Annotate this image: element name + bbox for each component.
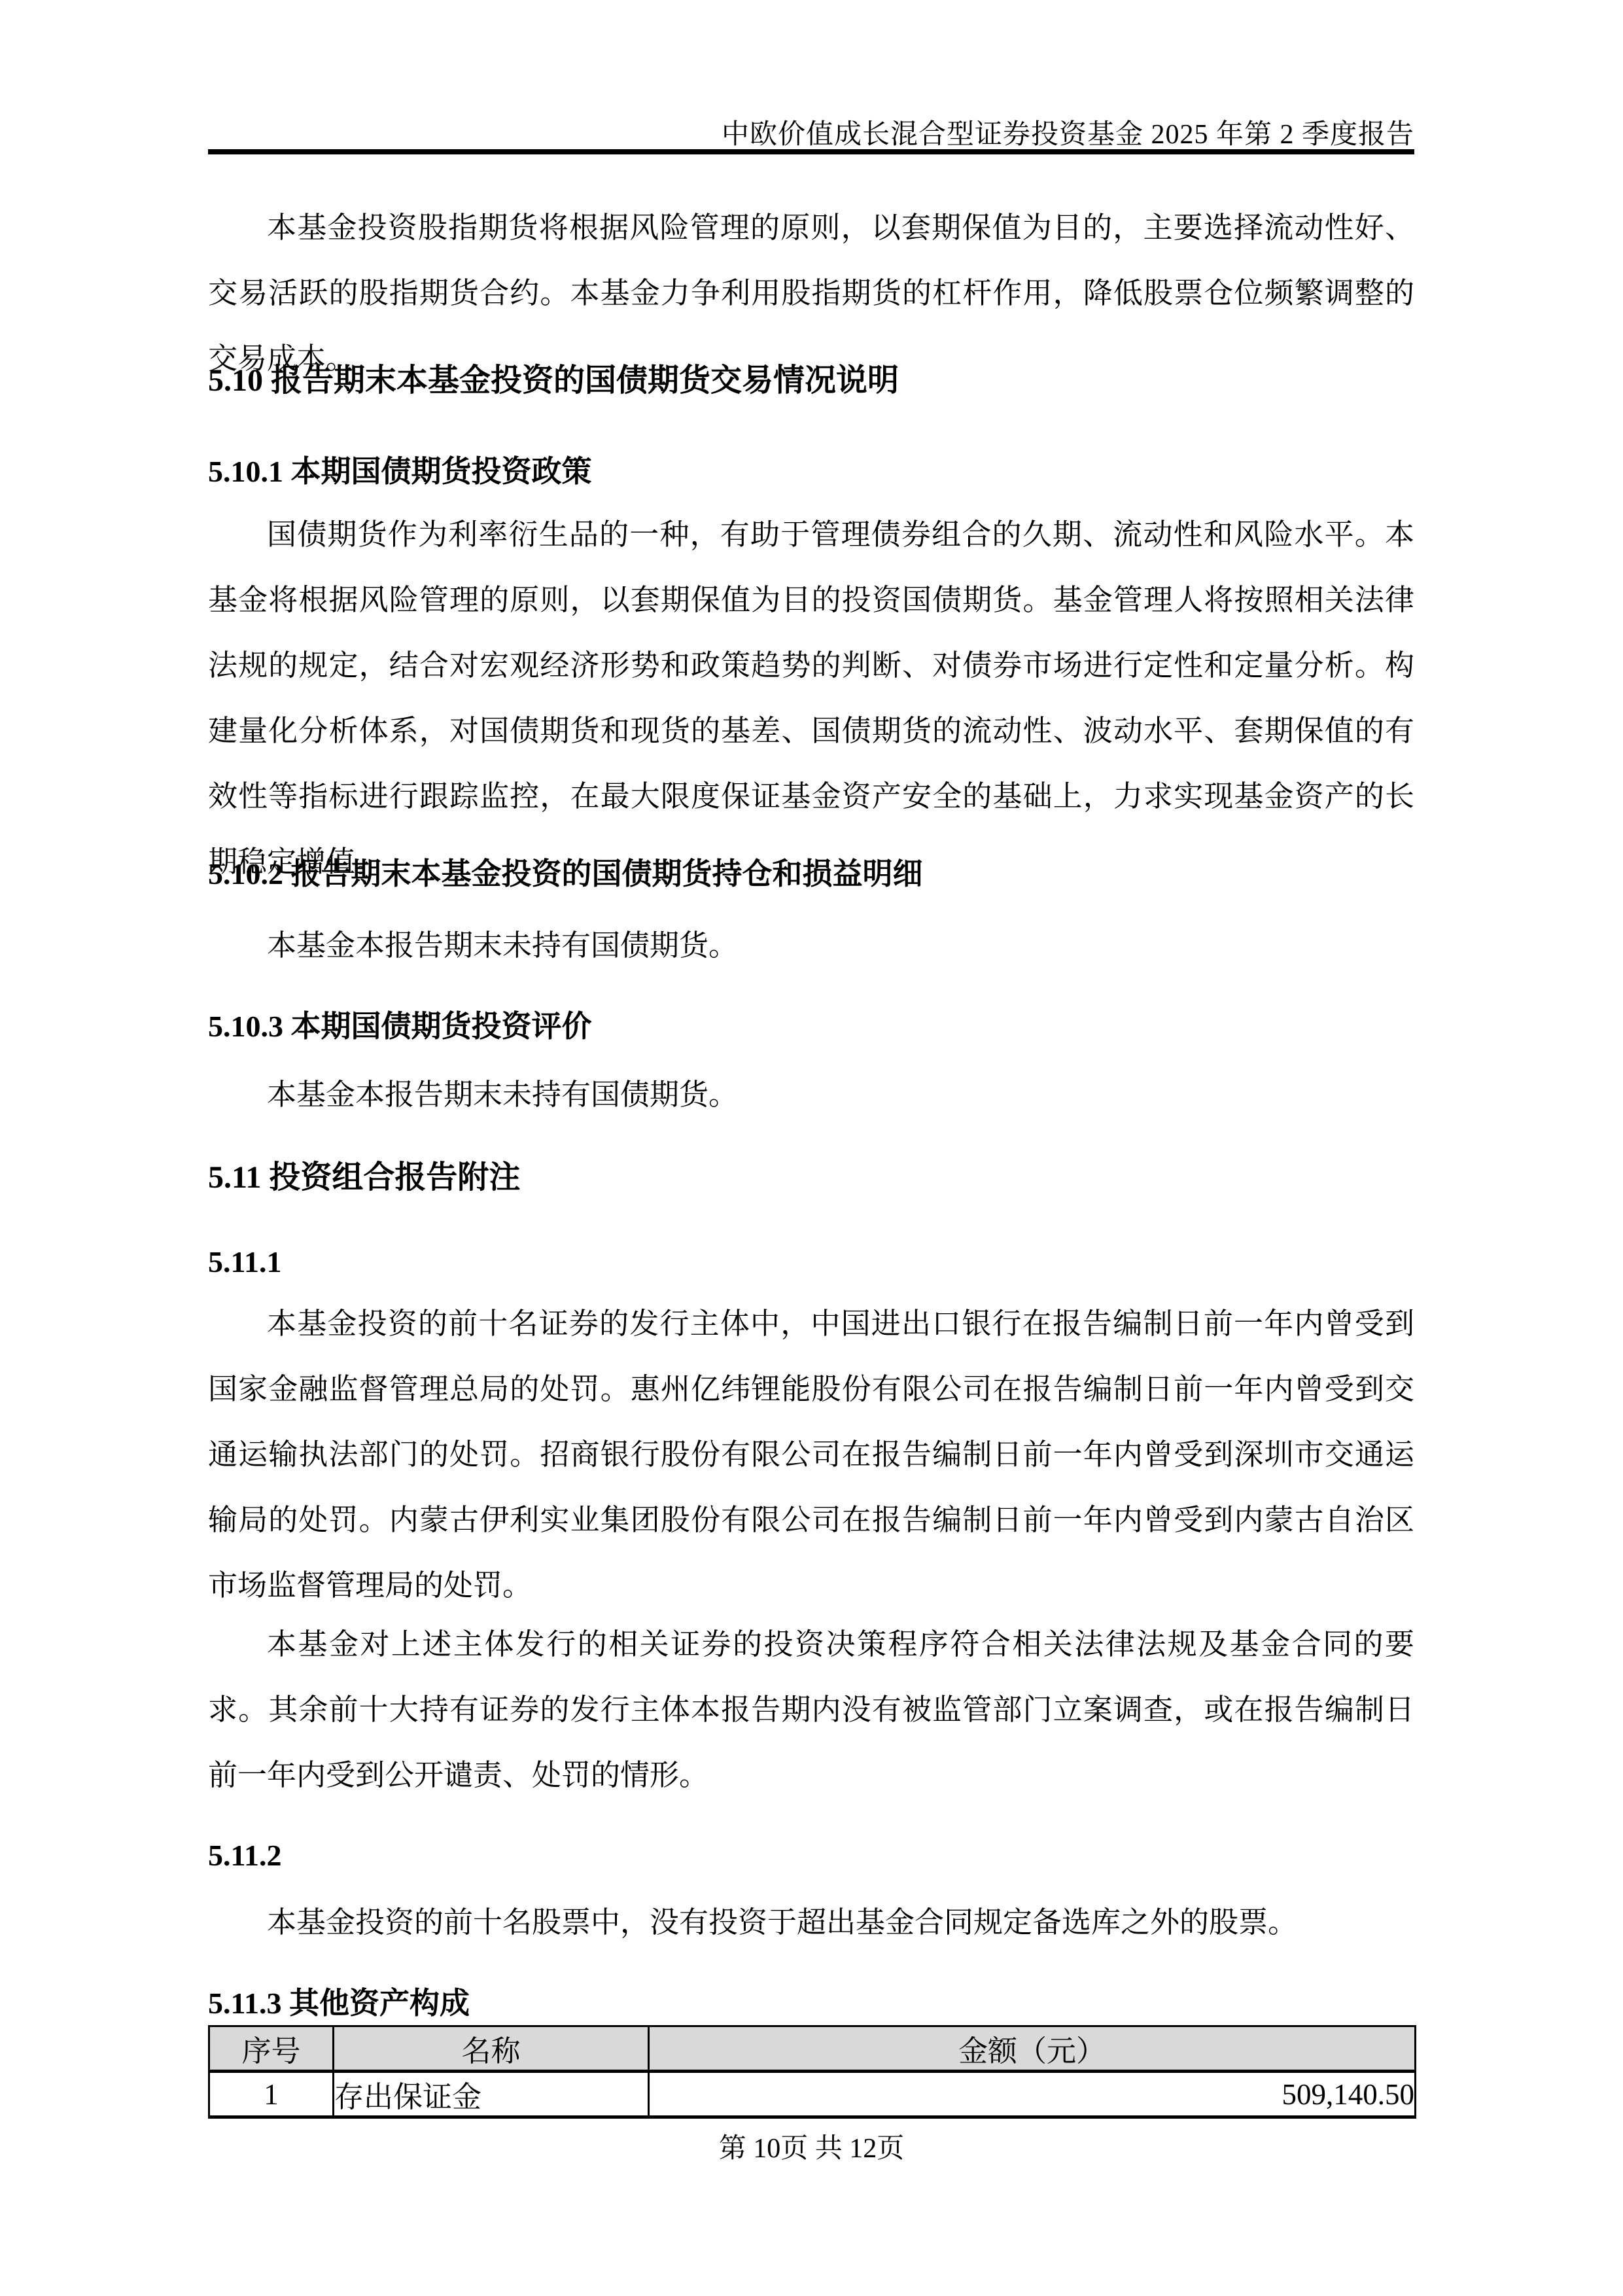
table-header-row: 序号 名称 金额（元） (209, 2026, 1416, 2072)
section-heading-5-10-1: 5.10.1 本期国债期货投资政策 (208, 453, 1414, 489)
section-heading-5-11: 5.11 投资组合报告附注 (208, 1159, 1414, 1197)
table-row: 1 存出保证金 509,140.50 (209, 2072, 1416, 2117)
section-heading-5-10-3: 5.10.3 本期国债期货投资评价 (208, 1008, 1414, 1044)
paragraph-issuer-penalties: 本基金投资的前十名证券的发行主体中，中国进出口银行在报告编制日前一年内曾受到国家… (208, 1291, 1414, 1618)
table-header-amount: 金额（元） (649, 2026, 1416, 2072)
paragraph-no-bond-futures-evaluation: 本基金本报告期末未持有国债期货。 (208, 1062, 1414, 1127)
table-cell-no: 1 (209, 2072, 334, 2117)
table-cell-amount: 509,140.50 (649, 2072, 1416, 2117)
section-heading-5-10-2: 5.10.2 报告期末本基金投资的国债期货持仓和损益明细 (208, 856, 1414, 892)
section-heading-5-11-2: 5.11.2 (208, 1837, 1414, 1873)
header-rule (208, 149, 1414, 154)
table-cell-name: 存出保证金 (334, 2072, 649, 2117)
other-assets-table: 序号 名称 金额（元） 1 存出保证金 509,140.50 (208, 2025, 1416, 2119)
report-page: 中欧价值成长混合型证券投资基金 2025 年第 2 季度报告 本基金投资股指期货… (0, 0, 1623, 2296)
paragraph-no-bond-futures-holdings: 本基金本报告期末未持有国债期货。 (208, 913, 1414, 978)
section-heading-5-11-3: 5.11.3 其他资产构成 (208, 1985, 1414, 2021)
paragraph-decision-procedure: 本基金对上述主体发行的相关证券的投资决策程序符合相关法律法规及基金合同的要求。其… (208, 1612, 1414, 1808)
section-heading-5-10: 5.10 报告期末本基金投资的国债期货交易情况说明 (208, 362, 1414, 400)
paragraph-bond-futures-policy: 国债期货作为利率衍生品的一种，有助于管理债券组合的久期、流动性和风险水平。本基金… (208, 502, 1414, 894)
page-footer: 第 10页 共 12页 (0, 2127, 1623, 2166)
section-heading-5-11-1: 5.11.1 (208, 1244, 1414, 1280)
running-header-title: 中欧价值成长混合型证券投资基金 2025 年第 2 季度报告 (208, 113, 1414, 152)
table-header-no: 序号 (209, 2026, 334, 2072)
paragraph-top-ten-stocks: 本基金投资的前十名股票中，没有投资于超出基金合同规定备选库之外的股票。 (208, 1890, 1414, 1955)
table-header-name: 名称 (334, 2026, 649, 2072)
